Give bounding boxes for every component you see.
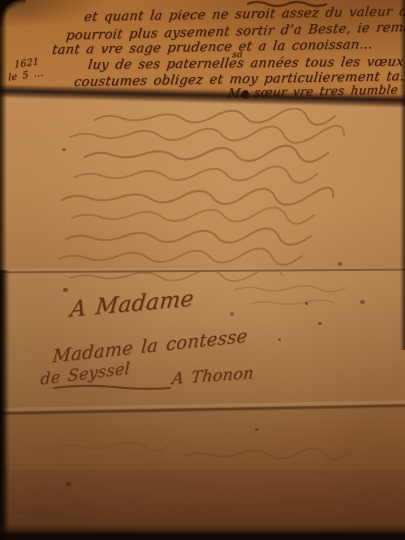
main-paper-sheet bbox=[0, 80, 405, 540]
manuscript-photo: A Madame Madame la contesse de Seyssel A… bbox=[0, 0, 405, 540]
